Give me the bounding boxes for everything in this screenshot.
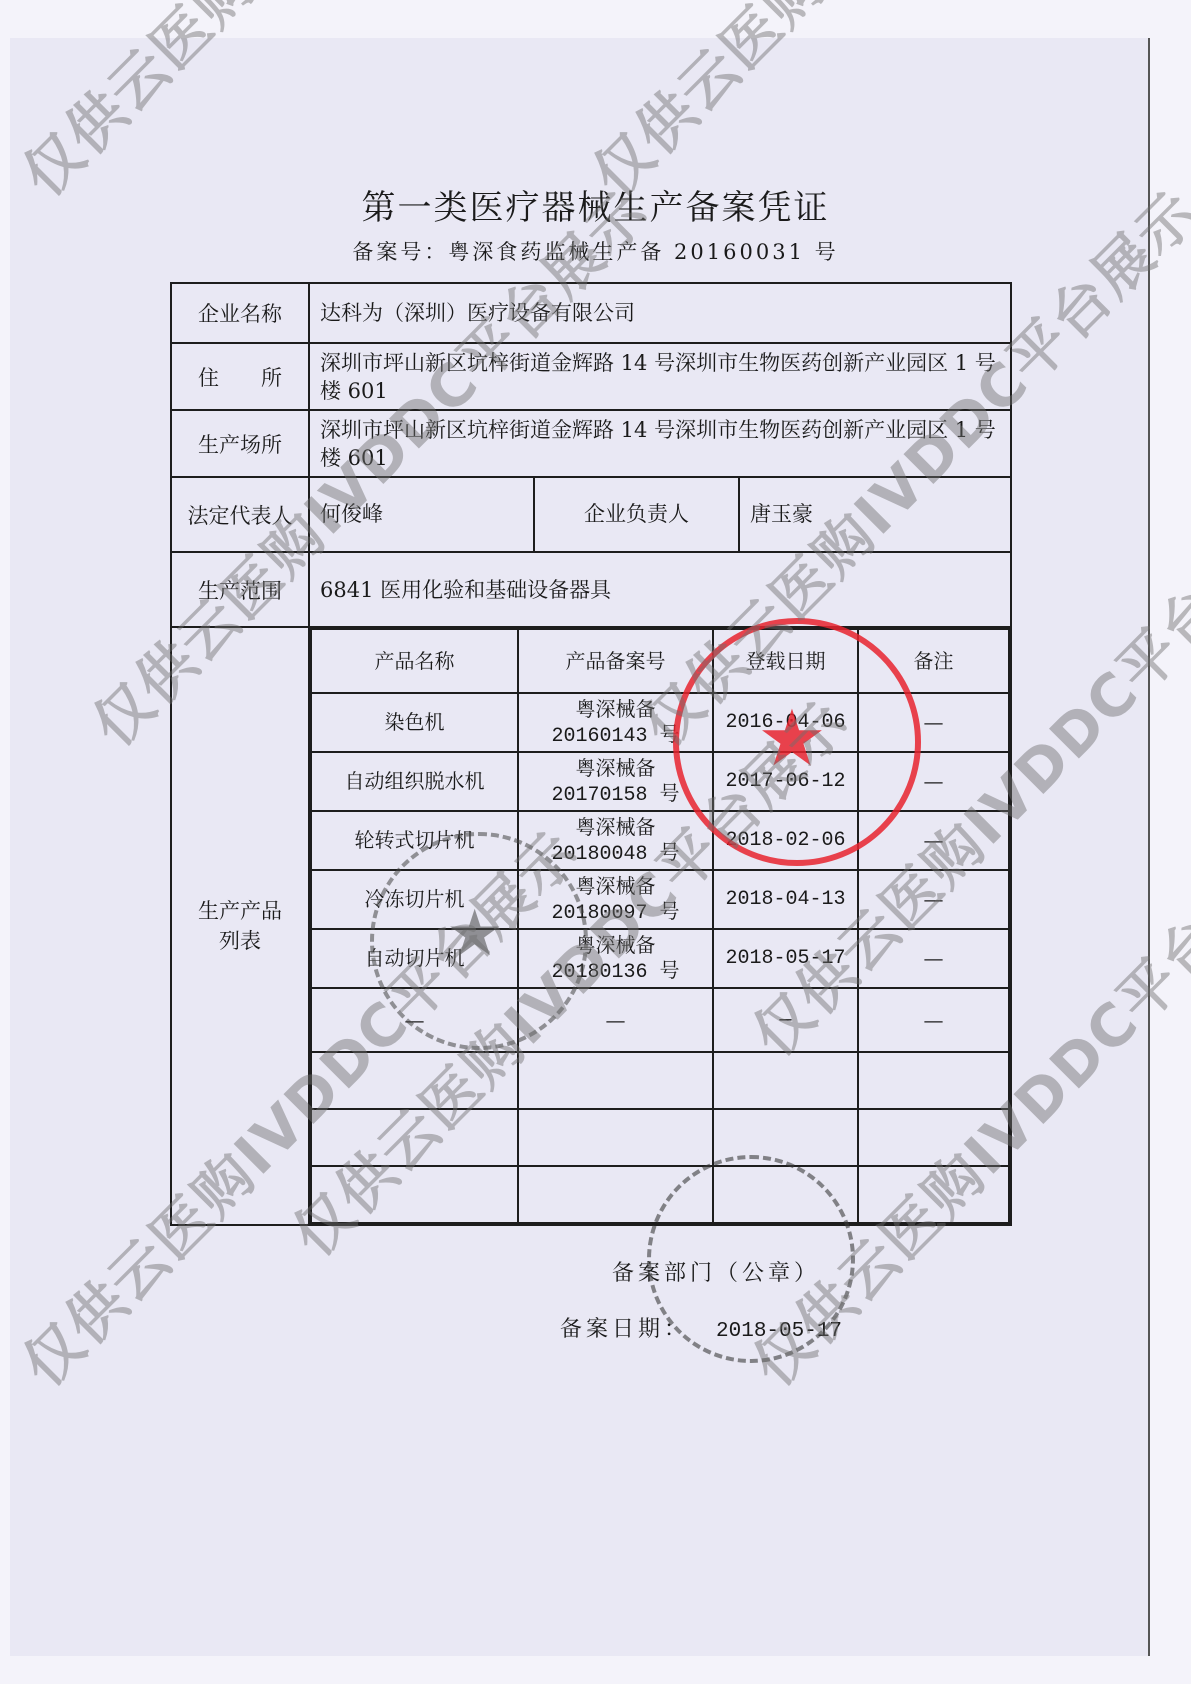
products-header-row: 产品名称 产品备案号 登载日期 备注	[311, 629, 1009, 693]
product-note: —	[858, 929, 1009, 988]
product-row: 自动组织脱水机粤深械备20170158 号2017-06-12—	[311, 752, 1009, 811]
products-table: 产品名称 产品备案号 登载日期 备注 染色机粤深械备20160143 号2016…	[310, 628, 1010, 1224]
product-record-number: 粤深械备20160143 号	[518, 693, 713, 752]
address-value: 深圳市坪山新区坑梓街道金辉路 14 号深圳市生物医药创新产业园区 1 号楼 60…	[309, 343, 1011, 410]
row-representatives: 法定代表人 何俊峰 企业负责人 唐玉豪	[171, 477, 1011, 552]
production-site-value: 深圳市坪山新区坑梓街道金辉路 14 号深圳市生物医药创新产业园区 1 号楼 60…	[309, 410, 1011, 477]
row-company-name: 企业名称 达科为（深圳）医疗设备有限公司	[171, 283, 1011, 343]
address-label: 住所	[171, 343, 309, 410]
person-in-charge-value: 唐玉豪	[739, 478, 1010, 551]
company-name-value: 达科为（深圳）医疗设备有限公司	[309, 283, 1011, 343]
product-date: —	[713, 988, 858, 1052]
empty-product-row	[311, 1052, 1009, 1109]
product-date: 2018-05-17	[713, 929, 858, 988]
header-date: 登载日期	[713, 629, 858, 693]
product-row: 自动切片机粤深械备20180136 号2018-05-17—	[311, 929, 1009, 988]
document-title: 第一类医疗器械生产备案凭证	[0, 180, 1191, 229]
product-name: 轮转式切片机	[311, 811, 518, 870]
company-name-label: 企业名称	[171, 283, 309, 343]
filing-date: 备案日期：2018-05-17	[560, 1312, 842, 1343]
filing-date-value: 2018-05-17	[716, 1320, 842, 1343]
header-product-name: 产品名称	[311, 629, 518, 693]
product-note: —	[858, 811, 1009, 870]
filing-date-label: 备案日期：	[560, 1317, 690, 1342]
product-date: 2018-02-06	[713, 811, 858, 870]
product-note: —	[858, 693, 1009, 752]
product-note: —	[858, 752, 1009, 811]
record-number: 备案号：粤深食药监械生产备 20160031 号	[0, 236, 1191, 266]
product-date: 2017-06-12	[713, 752, 858, 811]
product-row: 轮转式切片机粤深械备20180048 号2018-02-06—	[311, 811, 1009, 870]
empty-product-row	[311, 1109, 1009, 1166]
header-record-number: 产品备案号	[518, 629, 713, 693]
person-in-charge-label: 企业负责人	[534, 478, 739, 551]
product-record-number: 粤深械备20180048 号	[518, 811, 713, 870]
product-name: 冷冻切片机	[311, 870, 518, 929]
empty-product-row	[311, 1166, 1009, 1223]
product-row: 染色机粤深械备20160143 号2016-04-06—	[311, 693, 1009, 752]
record-number-label: 备案号：	[352, 240, 448, 264]
scope-value: 6841 医用化验和基础设备器具	[309, 552, 1011, 627]
product-record-number: 粤深械备20170158 号	[518, 752, 713, 811]
filing-department: 备案部门（公章）	[612, 1256, 820, 1287]
header-note: 备注	[858, 629, 1009, 693]
product-date: 2018-04-13	[713, 870, 858, 929]
product-record-number: —	[518, 988, 713, 1052]
production-site-label: 生产场所	[171, 410, 309, 477]
row-production-site: 生产场所 深圳市坪山新区坑梓街道金辉路 14 号深圳市生物医药创新产业园区 1 …	[171, 410, 1011, 477]
product-record-number: 粤深械备20180097 号	[518, 870, 713, 929]
scope-label: 生产范围	[171, 552, 309, 627]
product-name: —	[311, 988, 518, 1052]
product-note: —	[858, 870, 1009, 929]
product-name: 自动切片机	[311, 929, 518, 988]
row-scope: 生产范围 6841 医用化验和基础设备器具	[171, 552, 1011, 627]
product-name: 自动组织脱水机	[311, 752, 518, 811]
legal-rep-value: 何俊峰	[310, 478, 534, 551]
product-record-number: 粤深械备20180136 号	[518, 929, 713, 988]
products-label: 生产产品列表	[171, 627, 309, 1225]
row-products: 生产产品列表 产品名称 产品备案号 登载日期 备注 染色机粤深械备2016014…	[171, 627, 1011, 1225]
product-row: 冷冻切片机粤深械备20180097 号2018-04-13—	[311, 870, 1009, 929]
product-date: 2016-04-06	[713, 693, 858, 752]
product-row: ————	[311, 988, 1009, 1052]
product-note: —	[858, 988, 1009, 1052]
certificate-table: 企业名称 达科为（深圳）医疗设备有限公司 住所 深圳市坪山新区坑梓街道金辉路 1…	[170, 282, 1012, 1226]
legal-rep-label: 法定代表人	[171, 477, 309, 552]
product-name: 染色机	[311, 693, 518, 752]
row-address: 住所 深圳市坪山新区坑梓街道金辉路 14 号深圳市生物医药创新产业园区 1 号楼…	[171, 343, 1011, 410]
record-number-value: 粤深食药监械生产备 20160031 号	[448, 240, 838, 264]
